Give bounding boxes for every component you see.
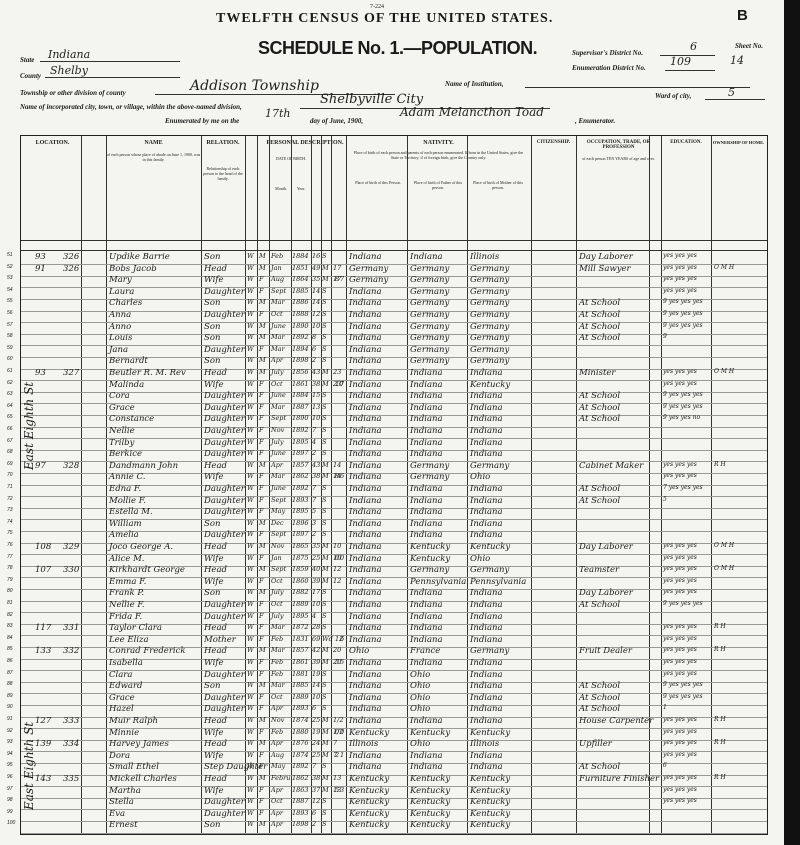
cell-edu: 7 yes yes yes: [663, 484, 703, 491]
cell-month: Oct: [271, 577, 283, 585]
cell-ms: S: [322, 322, 326, 330]
cell-age: 19: [312, 728, 320, 736]
line-number: 56: [7, 310, 13, 316]
cell-sex: M: [259, 519, 266, 527]
cell-rel: Head: [204, 623, 227, 633]
cell-pob: Kentucky: [349, 797, 389, 807]
cell-pobf: Indiana: [410, 496, 443, 506]
cell-name: Eva: [109, 809, 125, 819]
cell-month: June: [271, 449, 286, 457]
line-number: 90: [7, 704, 13, 710]
cell-age: 6: [312, 345, 316, 353]
cell-rel: Daughter: [204, 693, 245, 703]
cell-own: R H: [714, 461, 726, 468]
cell-pobf: Indiana: [410, 380, 443, 390]
cell-pobm: Germany: [470, 287, 509, 297]
col-pob-mother: Place of birth of Mother of this person.: [469, 180, 527, 190]
cell-occ: Teamster: [579, 565, 619, 575]
cell-year: 1863: [292, 786, 309, 794]
cell-name: Joco George A.: [109, 542, 173, 552]
line-number: 67: [7, 438, 13, 444]
cell-pob: Indiana: [349, 449, 382, 459]
cell-sex: M: [259, 542, 266, 550]
cell-color: W: [247, 554, 254, 562]
cell-name: Beutler R. M. Rev: [109, 368, 186, 378]
cell-own: R H: [714, 739, 726, 746]
cell-occ: Furniture Finisher: [579, 774, 659, 784]
cell-own: O M H: [714, 565, 734, 572]
cell-sex: F: [259, 797, 264, 805]
cell-pobf: Indiana: [410, 368, 443, 378]
cell-month: Apr: [271, 356, 283, 364]
cell-pobf: Germany: [410, 333, 449, 343]
cell-name: Harvey James: [109, 739, 169, 749]
cell-rel: Head: [204, 739, 227, 749]
cell-name: Mickell Charles: [109, 774, 177, 784]
cell-sex: F: [259, 414, 264, 422]
cell-year: 1857: [292, 461, 309, 469]
cell-edu: yes yes yes: [663, 252, 697, 259]
cell-fam: 326: [63, 252, 79, 262]
cell-year: 1860: [292, 577, 309, 585]
cell-pob: Indiana: [349, 414, 382, 424]
cell-rel: Daughter: [204, 287, 245, 297]
cell-pob: Indiana: [349, 635, 382, 645]
cell-pobf: Indiana: [410, 600, 443, 610]
cell-pob: Indiana: [349, 322, 382, 332]
cell-age: 28: [312, 623, 320, 631]
cell-dw: 93: [35, 252, 46, 262]
cell-color: W: [247, 612, 254, 620]
cell-edu: yes yes yes: [663, 716, 697, 723]
cell-color: W: [247, 762, 254, 770]
cell-name: Muir Ralph: [109, 716, 158, 726]
cell-sex: F: [259, 693, 264, 701]
cell-month: Apr: [271, 820, 283, 828]
cell-pobf: Ohio: [410, 739, 430, 749]
cell-rel: Daughter: [204, 496, 245, 506]
cell-color: W: [247, 275, 254, 283]
institution-line: [525, 87, 750, 88]
cell-color: W: [247, 530, 254, 538]
cell-occ: At School: [579, 693, 620, 703]
cell-pobm: Indiana: [470, 484, 503, 494]
line-number: 70: [7, 472, 13, 478]
supervisor-label: Supervisor's District No.: [572, 49, 643, 57]
cell-pob: Indiana: [349, 577, 382, 587]
cell-edu: yes yes yes: [663, 728, 697, 735]
cell-year: 1881: [292, 670, 309, 678]
cell-year: 1885: [292, 681, 309, 689]
cell-sex: F: [259, 391, 264, 399]
cell-rel: Daughter: [204, 809, 245, 819]
cell-month: Mar: [271, 472, 285, 480]
cell-age: 39: [312, 658, 320, 666]
document-title: TWELFTH CENSUS OF THE UNITED STATES.: [216, 11, 553, 27]
cell-edu: 9 yes yes yes: [663, 322, 703, 329]
cell-sex: F: [259, 426, 264, 434]
cell-color: W: [247, 426, 254, 434]
cell-pob: Indiana: [349, 438, 382, 448]
cell-pobm: Germany: [470, 322, 509, 332]
cell-month: Nov: [271, 542, 284, 550]
cell-rel: Daughter: [204, 414, 245, 424]
cell-month: Apr: [271, 786, 283, 794]
cell-name: Dandmann John: [109, 461, 178, 471]
cell-pobf: Germany: [410, 264, 449, 274]
cell-sex: F: [259, 762, 264, 770]
cell-pobf: Indiana: [410, 252, 443, 262]
cell-sex: M: [259, 774, 266, 782]
cell-rel: Son: [204, 588, 220, 598]
cell-month: May: [271, 507, 285, 515]
cell-year: 1892: [292, 333, 309, 341]
cell-ms: M: [322, 554, 329, 562]
cell-dw: 117: [35, 623, 51, 633]
cell-month: Nov: [271, 716, 284, 724]
cell-age: 10: [312, 322, 320, 330]
cell-year: 1892: [292, 426, 309, 434]
cell-age: 43: [312, 368, 320, 376]
cell-dw: 107: [35, 565, 51, 575]
cell-pobf: Germany: [410, 565, 449, 575]
cell-pob: Germany: [349, 264, 388, 274]
line-number: 92: [7, 728, 13, 734]
cell-edu: yes yes yes: [663, 461, 697, 468]
enumerated-month-label: day of June, 1900,: [310, 117, 363, 125]
header-divider: [21, 240, 767, 241]
cell-pobm: Indiana: [470, 403, 503, 413]
cell-sex: M: [259, 588, 266, 596]
cell-pob: Indiana: [349, 704, 382, 714]
cell-pob: Indiana: [349, 519, 382, 529]
cell-month: July: [271, 588, 284, 596]
cell-edu: yes yes yes: [663, 774, 697, 781]
line-number: 63: [7, 391, 13, 397]
cell-rel: Daughter: [204, 345, 245, 355]
cell-year: 1856: [292, 368, 309, 376]
cell-ms: S: [322, 333, 326, 341]
cell-ms: S: [322, 588, 326, 596]
cell-pobf: Ohio: [410, 670, 430, 680]
cell-pob: Indiana: [349, 554, 382, 564]
line-number: 88: [7, 681, 13, 687]
cell-pobm: Germany: [470, 461, 509, 471]
cell-sex: F: [259, 449, 264, 457]
cell-color: W: [247, 507, 254, 515]
cell-pobm: Germany: [470, 264, 509, 274]
enumerated-label: Enumerated by me on the: [165, 117, 239, 125]
cell-pob: Indiana: [349, 333, 382, 343]
cell-age: 2: [312, 449, 316, 457]
cell-sex: F: [259, 809, 264, 817]
col-name-desc: of each person whose place of abode on J…: [106, 152, 201, 162]
line-number: 69: [7, 461, 13, 467]
cell-pobf: Indiana: [410, 438, 443, 448]
cell-pobm: Pennsylvania: [470, 577, 526, 587]
cell-edu: yes yes yes: [663, 786, 697, 793]
cell-pobf: Kentucky: [410, 797, 450, 807]
cell-name: Anno: [109, 322, 131, 332]
cell-pobm: Indiana: [470, 588, 503, 598]
cell-pobm: Kentucky: [470, 797, 510, 807]
cell-color: W: [247, 751, 254, 759]
cell-fam: 335: [63, 774, 79, 784]
cell-pobf: Germany: [410, 287, 449, 297]
cell-pobm: Illinois: [470, 739, 499, 749]
cell-pobf: Indiana: [410, 391, 443, 401]
cell-occ: Cabinet Maker: [579, 461, 643, 471]
cell-pobf: Indiana: [410, 623, 443, 633]
cell-ms: S: [322, 356, 326, 364]
cell-sex: F: [259, 275, 264, 283]
cell-occ: At School: [579, 414, 620, 424]
cell-name: Updike Barrie: [109, 252, 170, 262]
cell-pobm: Indiana: [470, 414, 503, 424]
cell-pobf: France: [410, 646, 440, 656]
cell-pobf: Germany: [410, 472, 449, 482]
ward-value: 5: [728, 86, 735, 99]
cell-age: 3: [312, 519, 316, 527]
cell-age: 42: [312, 646, 320, 654]
cell-rel: Daughter: [204, 600, 245, 610]
col-year: Year.: [291, 186, 311, 191]
cell-name: Amelia: [109, 530, 139, 540]
cell-name: Ernest: [109, 820, 138, 830]
cell-pobm: Kentucky: [470, 809, 510, 819]
cell-pobf: Germany: [410, 275, 449, 285]
cell-pobm: Indiana: [470, 762, 503, 772]
cell-rel: Wife: [204, 728, 223, 738]
cell-year: 1898: [292, 820, 309, 828]
cell-edu: 9 yes yes yes: [663, 681, 703, 688]
cell-name: Malinda: [109, 380, 144, 390]
cell-month: July: [271, 612, 284, 620]
cell-pob: Indiana: [349, 751, 382, 761]
cell-age: 25: [312, 554, 320, 562]
cell-name: Bobs Jacob: [109, 264, 157, 274]
line-number: 62: [7, 380, 13, 386]
cell-own: O M H: [714, 264, 734, 271]
cell-color: W: [247, 519, 254, 527]
cell-year: 1887: [292, 797, 309, 805]
cell-pob: Indiana: [349, 310, 382, 320]
cell-occ: At School: [579, 333, 620, 343]
form-number: 7-224: [370, 4, 384, 10]
cell-month: Mar: [271, 403, 285, 411]
cell-name: Hazel: [109, 704, 134, 714]
cell-name: Clara: [109, 670, 132, 680]
cell-fam: 328: [63, 461, 79, 471]
cell-ms: S: [322, 797, 326, 805]
cell-sex: M: [259, 565, 266, 573]
cell-rel: Head: [204, 646, 227, 656]
col-relation: RELATION.: [201, 140, 245, 146]
cell-pobf: Ohio: [410, 693, 430, 703]
cell-ms: M: [322, 658, 329, 666]
cell-color: W: [247, 646, 254, 654]
cell-pobf: Indiana: [410, 612, 443, 622]
cell-ms: S: [322, 507, 326, 515]
cell-occ: At School: [579, 600, 620, 610]
cell-year: 1897: [292, 530, 309, 538]
cell-ch: 5: [335, 786, 339, 794]
cell-age: 7: [312, 426, 316, 434]
cell-edu: 9 yes yes yes: [663, 391, 703, 398]
cell-sex: M: [259, 356, 266, 364]
cell-color: W: [247, 345, 254, 353]
cell-rel: Son: [204, 820, 220, 830]
cell-age: 7: [312, 762, 316, 770]
line-number: 68: [7, 449, 13, 455]
cell-year: 1889: [292, 600, 309, 608]
cell-pob: Indiana: [349, 507, 382, 517]
cell-pob: Indiana: [349, 287, 382, 297]
cell-color: W: [247, 809, 254, 817]
cell-ms: M: [322, 577, 329, 585]
cell-pobf: Kentucky: [410, 542, 450, 552]
line-number: 96: [7, 774, 13, 780]
cell-occ: At School: [579, 681, 620, 691]
cell-edu: 9 yes yes yes: [663, 693, 703, 700]
cell-pobf: Indiana: [410, 507, 443, 517]
cell-pob: Indiana: [349, 681, 382, 691]
cell-color: W: [247, 461, 254, 469]
cell-pobf: Ohio: [410, 704, 430, 714]
table-row: 100ErnestSonWMApr18982SKentuckyKentuckyK…: [21, 819, 767, 833]
cell-age: 13: [312, 403, 320, 411]
cell-pob: Indiana: [349, 658, 382, 668]
cell-pob: Indiana: [349, 496, 382, 506]
cell-month: Oct: [271, 797, 283, 805]
cell-month: Apr: [271, 704, 283, 712]
cell-year: 1876: [292, 739, 309, 747]
cell-year: 1895: [292, 612, 309, 620]
cell-occ: At School: [579, 310, 620, 320]
cell-ms: M: [322, 461, 329, 469]
cell-rel: Daughter: [204, 484, 245, 494]
cell-pobm: Indiana: [470, 612, 503, 622]
cell-sex: F: [259, 507, 264, 515]
cell-pobf: Germany: [410, 345, 449, 355]
cell-sex: F: [259, 751, 264, 759]
cell-ms: M: [322, 368, 329, 376]
cell-liv: 1: [340, 751, 344, 759]
cell-ms: M: [322, 264, 329, 272]
cell-pob: Indiana: [349, 600, 382, 610]
cell-edu: yes yes yes: [663, 739, 697, 746]
cell-edu: 5: [663, 496, 667, 503]
cell-year: 1865: [292, 542, 309, 550]
cell-ms: M: [322, 786, 329, 794]
cell-color: W: [247, 356, 254, 364]
cell-ms: M: [322, 716, 329, 724]
cell-month: Apr: [271, 739, 283, 747]
cell-ms: Wd: [322, 635, 333, 643]
cell-edu: yes yes yes: [663, 623, 697, 630]
cell-age: 43: [312, 461, 320, 469]
census-sheet: 7-224 TWELFTH CENSUS OF THE UNITED STATE…: [0, 0, 784, 845]
cell-pob: Indiana: [349, 623, 382, 633]
cell-rel: Daughter: [204, 426, 245, 436]
cell-occ: At School: [579, 762, 620, 772]
cell-pobm: Germany: [470, 646, 509, 656]
cell-color: W: [247, 449, 254, 457]
cell-pob: Kentucky: [349, 728, 389, 738]
line-number: 97: [7, 786, 13, 792]
cell-month: Feb: [271, 252, 283, 260]
cell-name: Constance: [109, 414, 154, 424]
cell-month: Sept: [271, 565, 286, 573]
cell-color: W: [247, 310, 254, 318]
cell-edu: 9 yes yes no: [663, 414, 700, 421]
cell-pob: Kentucky: [349, 809, 389, 819]
line-number: 80: [7, 588, 13, 594]
cell-dw: 91: [35, 264, 46, 274]
cell-pob: Indiana: [349, 461, 382, 471]
cell-sex: F: [259, 380, 264, 388]
line-number: 72: [7, 496, 13, 502]
cell-year: 1897: [292, 449, 309, 457]
cell-own: O M H: [714, 542, 734, 549]
cell-pobm: Kentucky: [470, 728, 510, 738]
cell-month: Nov: [271, 426, 284, 434]
cell-ch: 2: [335, 751, 339, 759]
cell-rel: Head: [204, 716, 227, 726]
enumerator-label: , Enumerator.: [575, 117, 615, 125]
line-number: 75: [7, 530, 13, 536]
cell-ch: 5: [335, 658, 339, 666]
cell-name: Laura: [109, 287, 134, 297]
cell-year: 1893: [292, 809, 309, 817]
cell-month: July: [271, 438, 284, 446]
cell-color: W: [247, 658, 254, 666]
cell-pob: Indiana: [349, 484, 382, 494]
cell-pob: Indiana: [349, 762, 382, 772]
cell-pobm: Indiana: [470, 600, 503, 610]
cell-month: Jan: [271, 264, 282, 272]
cell-edu: yes yes yes: [663, 275, 697, 282]
cell-age: 10: [312, 600, 320, 608]
cell-sex: M: [259, 264, 266, 272]
cell-edu: yes yes yes: [663, 554, 697, 561]
cell-color: W: [247, 333, 254, 341]
cell-month: Oct: [271, 693, 283, 701]
cell-ms: M: [322, 380, 329, 388]
cell-edu: yes yes yes: [663, 658, 697, 665]
cell-ms: S: [322, 449, 326, 457]
cell-pobf: Indiana: [410, 716, 443, 726]
cell-pobm: Indiana: [470, 507, 503, 517]
line-number: 58: [7, 333, 13, 339]
cell-occ: Day Laborer: [579, 588, 633, 598]
cell-rel: Daughter: [204, 310, 245, 320]
cell-name: Alice M.: [109, 554, 144, 564]
cell-age: 2: [312, 356, 316, 364]
line-number: 51: [7, 252, 13, 258]
cell-pobm: Germany: [470, 345, 509, 355]
cell-rel: Head: [204, 264, 227, 274]
line-number: 54: [7, 287, 13, 293]
cell-rel: Son: [204, 322, 220, 332]
cell-rel: Step Daughter: [204, 762, 267, 772]
cell-year: 1864: [292, 275, 309, 283]
cell-age: 35: [312, 542, 320, 550]
cell-year: 1880: [292, 728, 309, 736]
cell-month: Oct: [271, 380, 283, 388]
scan-edge: [784, 0, 800, 845]
cell-sex: F: [259, 484, 264, 492]
